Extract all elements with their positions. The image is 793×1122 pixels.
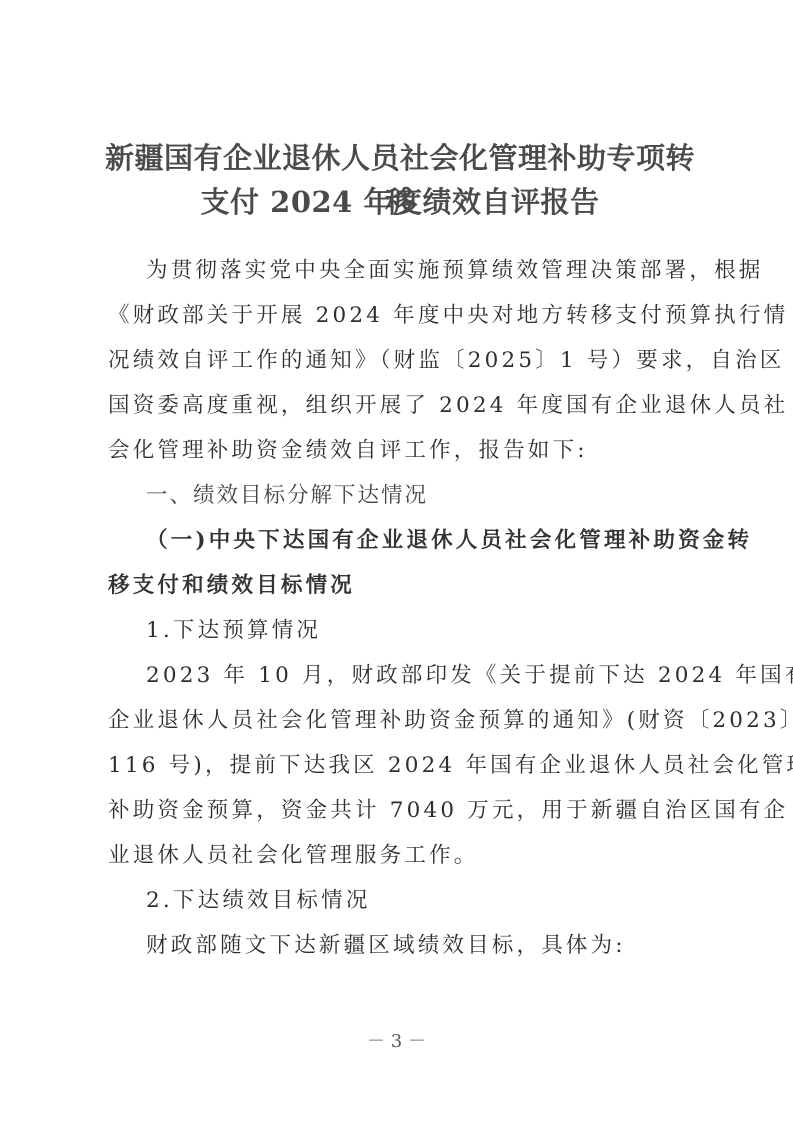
item-heading-2: 2.下达绩效目标情况: [146, 886, 691, 916]
paragraph-budget-line-1: 2023 年 10 月，财政部印发《关于提前下达 2024 年国有: [146, 661, 691, 691]
item-heading-1: 1.下达预算情况: [146, 616, 691, 646]
paragraph-intro-line-4: 国资委高度重视，组织开展了 2024 年度国有企业退休人员社: [108, 391, 688, 421]
paragraph-budget-line-2: 企业退休人员社会化管理补助资金预算的通知》(财资〔2023〕: [108, 706, 688, 736]
subsection-heading-1-line-1: （一)中央下达国有企业退休人员社会化管理补助资金转: [146, 526, 691, 556]
paragraph-intro-line-2: 《财政部关于开展 2024 年度中央对地方转移支付预算执行情: [108, 301, 688, 331]
paragraph-budget-line-4: 补助资金预算，资金共计 7040 万元，用于新疆自治区国有企: [108, 796, 688, 826]
page-number: － 3 －: [0, 1027, 793, 1053]
paragraph-intro-line-5: 会化管理补助资金绩效自评工作，报告如下:: [108, 436, 688, 466]
paragraph-intro-line-1: 为贯彻落实党中央全面实施预算绩效管理决策部署，根据: [146, 256, 691, 286]
document-title-line-2: 支付 2024 年度绩效自评报告: [100, 180, 700, 224]
paragraph-intro-line-3: 况绩效自评工作的通知》（财监〔2025〕1 号）要求，自治区: [108, 346, 688, 376]
paragraph-budget-line-3: 116 号)，提前下达我区 2024 年国有企业退休人员社会化管理: [108, 751, 688, 781]
paragraph-targets-line-1: 财政部随文下达新疆区域绩效目标，具体为:: [146, 931, 691, 961]
paragraph-budget-line-5: 业退休人员社会化管理服务工作。: [108, 841, 688, 871]
subsection-heading-1-line-2: 移支付和绩效目标情况: [108, 571, 688, 601]
section-heading-1: 一、绩效目标分解下达情况: [146, 481, 691, 511]
